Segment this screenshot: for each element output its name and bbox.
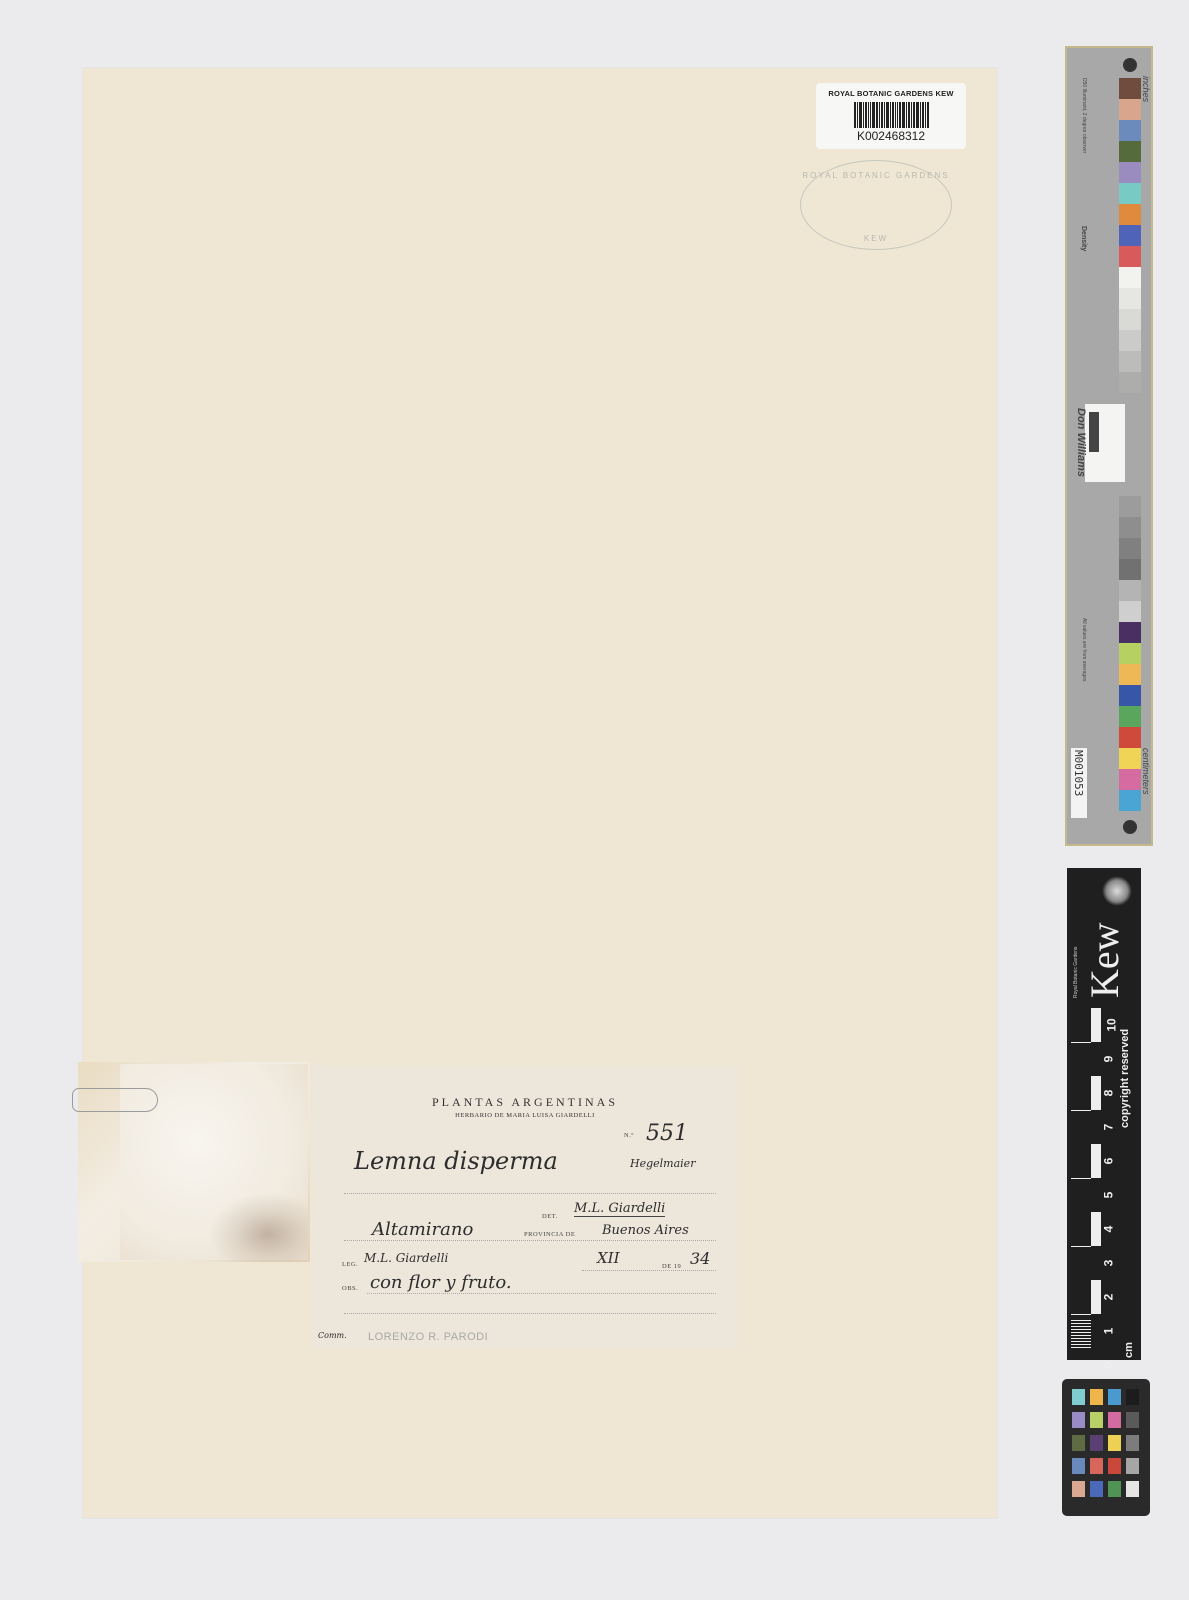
color-swatch: [1119, 246, 1141, 267]
brand-label: Don Williams: [1075, 408, 1087, 477]
resolution-target: [1085, 404, 1125, 482]
color-swatch: [1090, 1412, 1103, 1428]
color-swatch: [1119, 309, 1141, 330]
color-swatch: [1108, 1412, 1121, 1428]
provincia-label: PROVINCIA DE: [524, 1231, 575, 1238]
barcode-number: K002468312: [816, 129, 966, 143]
color-swatch: [1090, 1435, 1103, 1451]
species-author: Hegelmaier: [630, 1157, 695, 1170]
number-value: 551: [646, 1121, 688, 1146]
density-label: Density: [1080, 226, 1087, 251]
color-swatch: [1119, 99, 1141, 120]
strip-hole-top: [1123, 58, 1137, 72]
strip-hole-bottom: [1123, 820, 1137, 834]
color-swatch: [1119, 78, 1141, 99]
kew-subbrand: Royal Botanic Gardens: [1073, 947, 1079, 998]
scale-number: 3: [1101, 1260, 1115, 1267]
comm-value: LORENZO R. PARODI: [368, 1331, 488, 1343]
color-swatch: [1119, 601, 1141, 622]
obs-value: con flor y fruto.: [370, 1272, 512, 1293]
stamp-top-text: ROYAL BOTANIC GARDENS: [801, 171, 951, 180]
scale-number: 9: [1101, 1056, 1115, 1063]
color-swatch: [1119, 769, 1141, 790]
color-swatch: [1119, 538, 1141, 559]
color-swatch: [1119, 351, 1141, 372]
herbarium-label: PLANTAS ARGENTINAS HERBARIO DE MARIA LUI…: [312, 1065, 738, 1348]
year-label: DE 19: [662, 1263, 681, 1270]
color-swatch: [1119, 706, 1141, 727]
inches-label: inches: [1141, 76, 1151, 102]
scale-number: 8: [1101, 1090, 1115, 1097]
color-swatch: [1119, 622, 1141, 643]
color-swatch: [1108, 1435, 1121, 1451]
color-swatch: [1072, 1412, 1085, 1428]
number-label: N.º: [624, 1132, 634, 1139]
color-swatch: [1126, 1412, 1139, 1428]
scale-number: 7: [1101, 1124, 1115, 1131]
provincia-value: Buenos Aires: [602, 1223, 689, 1238]
kew-crest-icon: [1102, 876, 1132, 906]
color-swatch: [1119, 748, 1141, 769]
label-title: PLANTAS ARGENTINAS: [312, 1095, 738, 1110]
color-swatch: [1119, 496, 1141, 517]
comm-label: Comm.: [318, 1331, 347, 1340]
label-subtitle: HERBARIO DE MARIA LUISA GIARDELLI: [312, 1112, 738, 1119]
color-swatch: [1072, 1481, 1085, 1497]
color-swatch: [1119, 183, 1141, 204]
barcode-label: ROYAL BOTANIC GARDENS KEW K002468312: [816, 83, 966, 149]
copyright-label: copyright reserved: [1119, 1029, 1131, 1128]
top-swatches: [1119, 78, 1141, 393]
color-swatch: [1108, 1458, 1121, 1474]
color-swatch: [1126, 1481, 1139, 1497]
specimen-material: [208, 1192, 308, 1262]
year-value: 34: [690, 1249, 710, 1268]
color-swatch: [1119, 517, 1141, 538]
color-swatch: [1119, 372, 1141, 393]
scale-number: 10: [1105, 1018, 1119, 1031]
scale-number: 0: [1101, 1362, 1115, 1369]
color-swatch: [1119, 727, 1141, 748]
color-swatch: [1090, 1458, 1103, 1474]
color-swatch: [1119, 204, 1141, 225]
color-swatch: [1119, 790, 1141, 811]
color-swatch: [1090, 1389, 1103, 1405]
det-value: M.L. Giardelli: [574, 1201, 665, 1217]
locality: Altamirano: [372, 1219, 473, 1240]
color-swatch: [1119, 225, 1141, 246]
centimeters-label: centimeters: [1141, 748, 1151, 795]
color-swatch: [1126, 1458, 1139, 1474]
color-swatch: [1108, 1481, 1121, 1497]
color-swatch: [1072, 1458, 1085, 1474]
bottom-swatches: [1119, 496, 1141, 811]
species-name: Lemna disperma: [354, 1147, 558, 1175]
color-swatch: [1090, 1481, 1103, 1497]
color-swatch: [1119, 288, 1141, 309]
color-swatch: [1119, 330, 1141, 351]
color-swatch: [1119, 580, 1141, 601]
color-swatch: [1072, 1435, 1085, 1451]
kew-logo: Kew: [1081, 922, 1128, 998]
scale-number: 4: [1101, 1226, 1115, 1233]
paperclip-icon: [72, 1088, 158, 1112]
obs-label: OBS.: [342, 1285, 358, 1292]
color-swatch: [1108, 1389, 1121, 1405]
color-swatch: [1119, 559, 1141, 580]
leg-value: M.L. Giardelli: [364, 1251, 448, 1265]
illuminant-note: D50 Illuminant, 2 degree observer: [1081, 78, 1087, 153]
color-swatch: [1119, 664, 1141, 685]
color-swatch: [1126, 1435, 1139, 1451]
scale-number: 2: [1101, 1294, 1115, 1301]
stamp-bottom-text: KEW: [801, 234, 951, 243]
month-value: XII: [597, 1249, 620, 1267]
unit-label: cm: [1123, 1342, 1135, 1358]
kew-stamp: ROYAL BOTANIC GARDENS KEW: [800, 160, 952, 250]
color-swatch: [1119, 267, 1141, 288]
color-swatch: [1072, 1389, 1085, 1405]
strip-id-tag: M001053: [1071, 748, 1087, 818]
color-swatch: [1119, 685, 1141, 706]
color-checker-card: [1062, 1379, 1150, 1516]
color-swatch: [1119, 162, 1141, 183]
scale-ruler: [1071, 1008, 1103, 1352]
values-note: All values are from averages: [1081, 618, 1087, 681]
color-swatch: [1119, 141, 1141, 162]
color-swatch: [1126, 1389, 1139, 1405]
color-checker-grid: [1072, 1389, 1139, 1497]
institution-name: ROYAL BOTANIC GARDENS KEW: [816, 89, 966, 98]
scale-number: 6: [1101, 1158, 1115, 1165]
barcode-icon: [843, 102, 939, 128]
leg-label: LEG.: [342, 1261, 358, 1268]
kew-scale-bar: Kew Royal Botanic Gardens: [1067, 868, 1141, 1360]
color-swatch: [1119, 643, 1141, 664]
scale-number: 5: [1101, 1192, 1115, 1199]
det-label: DET.: [542, 1213, 558, 1220]
strip-id: M001053: [1072, 750, 1085, 796]
color-swatch: [1119, 120, 1141, 141]
scale-number: 1: [1101, 1328, 1115, 1335]
color-calibration-strip: inches centimeters Don Williams Density …: [1065, 46, 1153, 846]
